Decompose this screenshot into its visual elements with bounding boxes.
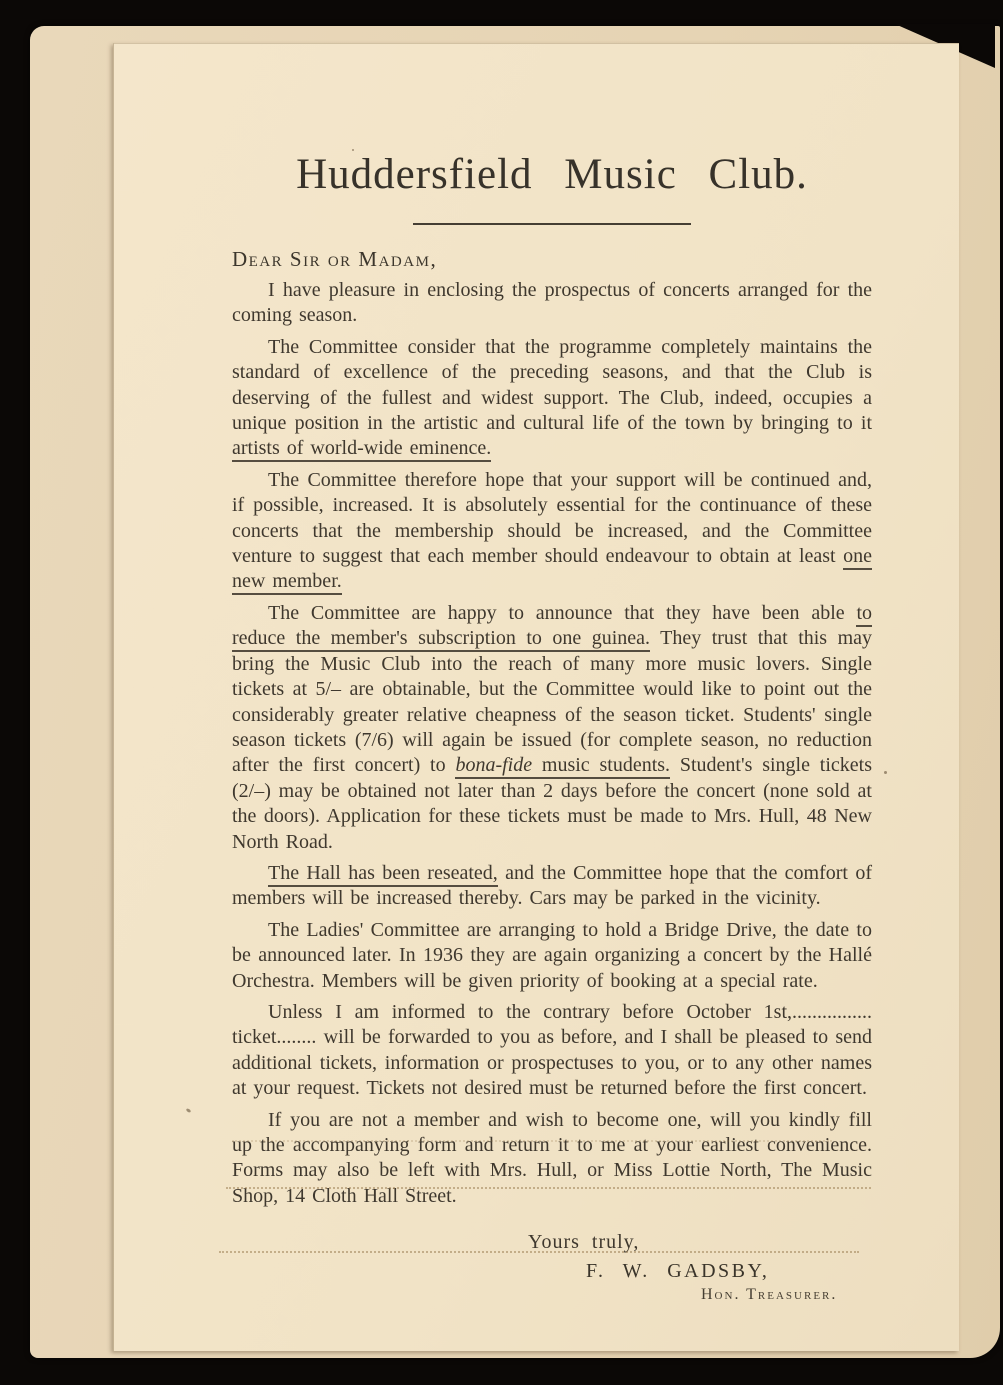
text-segment: Unless I am informed to the contrary bef… — [232, 1001, 872, 1099]
text-segment: The Hall has been reseated, — [268, 862, 498, 887]
paper-speck — [352, 149, 354, 151]
paragraph-programme: The Committee consider that the programm… — [232, 335, 872, 462]
text-segment: The Ladies' Committee are arranging to h… — [232, 919, 872, 992]
paragraph-subscription: The Committee are happy to announce that… — [232, 601, 872, 855]
paragraph-tickets-forwarding: Unless I am informed to the contrary bef… — [232, 1000, 872, 1102]
salutation: Dear Sir or Madam, — [232, 247, 872, 272]
letter-body: I have pleasure in enclosing the prospec… — [232, 278, 872, 1209]
signature-role: Hon. Treasurer. — [701, 1286, 872, 1304]
letter-sheet: Huddersfield Music Club. Dear Sir or Mad… — [113, 43, 959, 1351]
text-segment: artists of world-wide eminence. — [232, 437, 491, 462]
fold-line — [226, 1187, 871, 1189]
text-segment: bona-fide — [455, 754, 532, 779]
paragraph-ladies-committee: The Ladies' Committee are arranging to h… — [232, 918, 872, 994]
paragraph-intro: I have pleasure in enclosing the prospec… — [232, 278, 872, 329]
text-segment: If you are not a member and wish to beco… — [232, 1109, 872, 1207]
title-divider — [413, 223, 691, 225]
paragraph-hall-reseated: The Hall has been reseated, and the Comm… — [232, 861, 872, 912]
paper-speck — [186, 1108, 192, 1113]
scanned-letter-page: Huddersfield Music Club. Dear Sir or Mad… — [0, 0, 1003, 1385]
paper-speck — [884, 771, 887, 774]
page-title: Huddersfield Music Club. — [232, 150, 872, 199]
fold-line — [232, 1140, 832, 1142]
text-segment: The Committee are happy to announce that… — [268, 602, 856, 624]
fold-line — [219, 1251, 859, 1253]
text-segment: The Committee therefore hope that your s… — [232, 469, 872, 567]
paragraph-membership: The Committee therefore hope that your s… — [232, 468, 872, 595]
paragraph-join-form: If you are not a member and wish to beco… — [232, 1108, 872, 1210]
text-segment: The Committee consider that the programm… — [232, 336, 872, 434]
signature-name: F. W. GADSBY, — [586, 1260, 872, 1283]
letter-content: Huddersfield Music Club. Dear Sir or Mad… — [232, 44, 872, 1304]
text-segment: I have pleasure in enclosing the prospec… — [232, 279, 872, 326]
text-segment: music students. — [532, 754, 670, 779]
